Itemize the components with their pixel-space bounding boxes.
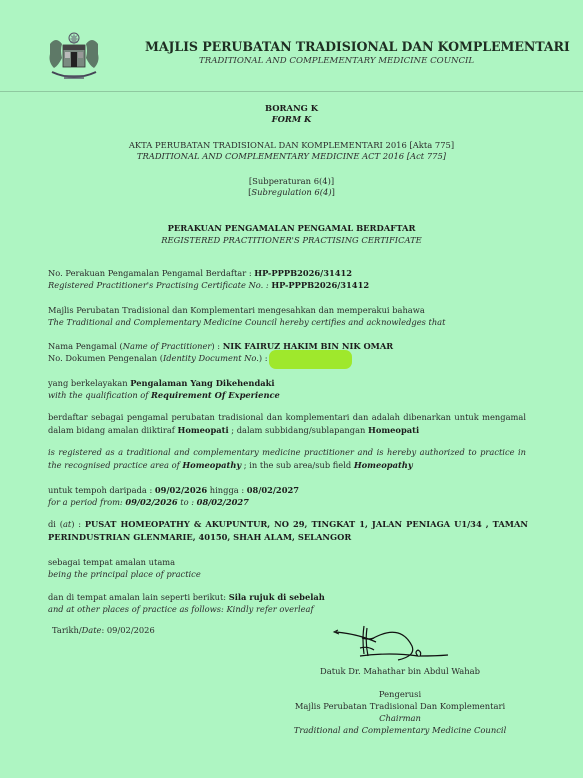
- identity-number-redaction: [269, 350, 352, 369]
- act-ms: AKTA PERUBATAN TRADISIONAL DAN KOMPLEMEN…: [0, 140, 583, 150]
- council-name-ms: MAJLIS PERUBATAN TRADISIONAL DAN KOMPLEM…: [145, 39, 570, 54]
- signatory-org-ms: Majlis Perubatan Tradisional Dan Komplem…: [270, 701, 530, 711]
- regulation-ms: [Subperaturan 6(4)]: [0, 176, 583, 186]
- principal-place-en: being the principal place of practice: [48, 569, 201, 579]
- identity-doc-row: No. Dokumen Pengenalan (Identity Documen…: [48, 353, 268, 363]
- period-ms: untuk tempoh daripada : 09/02/2026 hingg…: [48, 485, 299, 495]
- cert-no-ms: No. Perakuan Pengamalan Pengamal Berdaft…: [48, 268, 352, 278]
- registration-paragraph-ms: berdaftar sebagai pengamal perubatan tra…: [48, 411, 526, 436]
- signatory-org-en: Traditional and Complementary Medicine C…: [270, 725, 530, 735]
- other-places-ms: dan di tempat amalan lain seperti beriku…: [48, 592, 325, 602]
- act-en: TRADITIONAL AND COMPLEMENTARY MEDICINE A…: [0, 151, 583, 161]
- qualification-ms: yang berkelayakan Pengalaman Yang Dikehe…: [48, 378, 275, 388]
- other-places-en: and at other places of practice as follo…: [48, 604, 314, 614]
- period-en: for a period from: 09/02/2026 to : 08/02…: [48, 497, 249, 507]
- signatory-name: Datuk Dr. Mahathar bin Abdul Wahab: [270, 666, 530, 676]
- regulation-en: [Subregulation 6(4)]: [0, 187, 583, 197]
- cert-no-value: HP-PPPB2026/31412: [254, 268, 352, 278]
- malaysia-coat-of-arms-icon: [46, 30, 102, 84]
- certificate-title-en: REGISTERED PRACTITIONER'S PRACTISING CER…: [0, 235, 583, 245]
- cert-no-value: HP-PPPB2026/31412: [271, 280, 369, 290]
- sub-area-en: Homeopathy: [354, 460, 413, 470]
- form-title-en: FORM K: [0, 114, 583, 124]
- sub-area-ms: Homeopati: [368, 425, 419, 435]
- principal-place-ms: sebagai tempat amalan utama: [48, 557, 175, 567]
- signatory-title-en: Chairman: [270, 713, 530, 723]
- form-title-ms: BORANG K: [0, 103, 583, 113]
- issue-date: Tarikh/Date: 09/02/2026: [52, 625, 155, 635]
- registration-paragraph-en: is registered as a traditional and compl…: [48, 446, 526, 471]
- practice-address: di (at) : PUSAT HOMEOPATHY & AKUPUNTUR, …: [48, 518, 528, 543]
- address-value: PUSAT HOMEOPATHY & AKUPUNTUR, NO 29, TIN…: [48, 519, 528, 542]
- certificate-title-ms: PERAKUAN PENGAMALAN PENGAMAL BERDAFTAR: [0, 223, 583, 233]
- practice-area-ms: Homeopati: [177, 425, 228, 435]
- header-divider: [0, 91, 583, 92]
- certifies-en: The Traditional and Complementary Medici…: [48, 317, 445, 327]
- handwritten-signature-icon: [330, 624, 450, 664]
- council-name-en: TRADITIONAL AND COMPLEMENTARY MEDICINE C…: [199, 56, 474, 66]
- certifies-ms: Majlis Perubatan Tradisional dan Komplem…: [48, 305, 425, 315]
- certificate-page: MAJLIS PERUBATAN TRADISIONAL DAN KOMPLEM…: [0, 0, 583, 778]
- signatory-title-ms: Pengerusi: [270, 689, 530, 699]
- cert-no-en: Registered Practitioner's Practising Cer…: [48, 280, 369, 290]
- qualification-en: with the qualification of Requirement Of…: [48, 390, 280, 400]
- practice-area-en: Homeopathy: [182, 460, 241, 470]
